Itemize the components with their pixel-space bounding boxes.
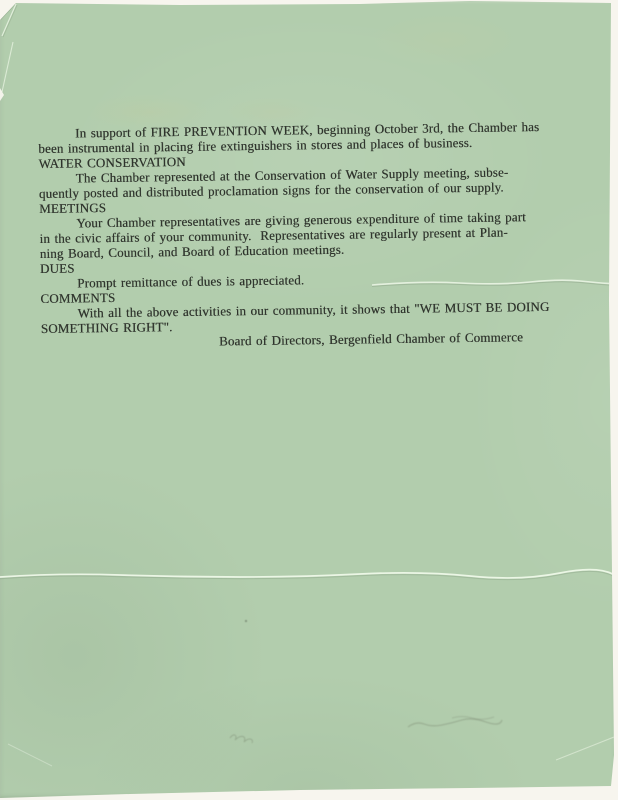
scan-background: { "scan": { "paper_color": "#b2cdad", "b…: [0, 0, 618, 800]
folded-corner-edge: [1, 4, 16, 20]
corner-crease-1-shadow: [3, 5, 17, 37]
ink-speck: [245, 620, 247, 622]
corner-crease-2: [2, 42, 13, 92]
fold-crease-middle: [0, 570, 616, 578]
letter-body: In support of FIRE PREVENTION WEEK, begi…: [38, 118, 597, 351]
scanned-letter-paper: In support of FIRE PREVENTION WEEK, begi…: [0, 0, 618, 800]
bottom-left-crease: [8, 744, 52, 766]
pencil-scribble-right-2: [452, 717, 494, 720]
pencil-scribble-right: [408, 719, 502, 727]
fold-crease-middle-shadow: [0, 571, 616, 579]
bottom-right-crease: [556, 737, 614, 760]
left-edge-notch: [0, 88, 4, 101]
pencil-scribble-left: [230, 735, 252, 743]
corner-crease-1: [2, 4, 16, 36]
